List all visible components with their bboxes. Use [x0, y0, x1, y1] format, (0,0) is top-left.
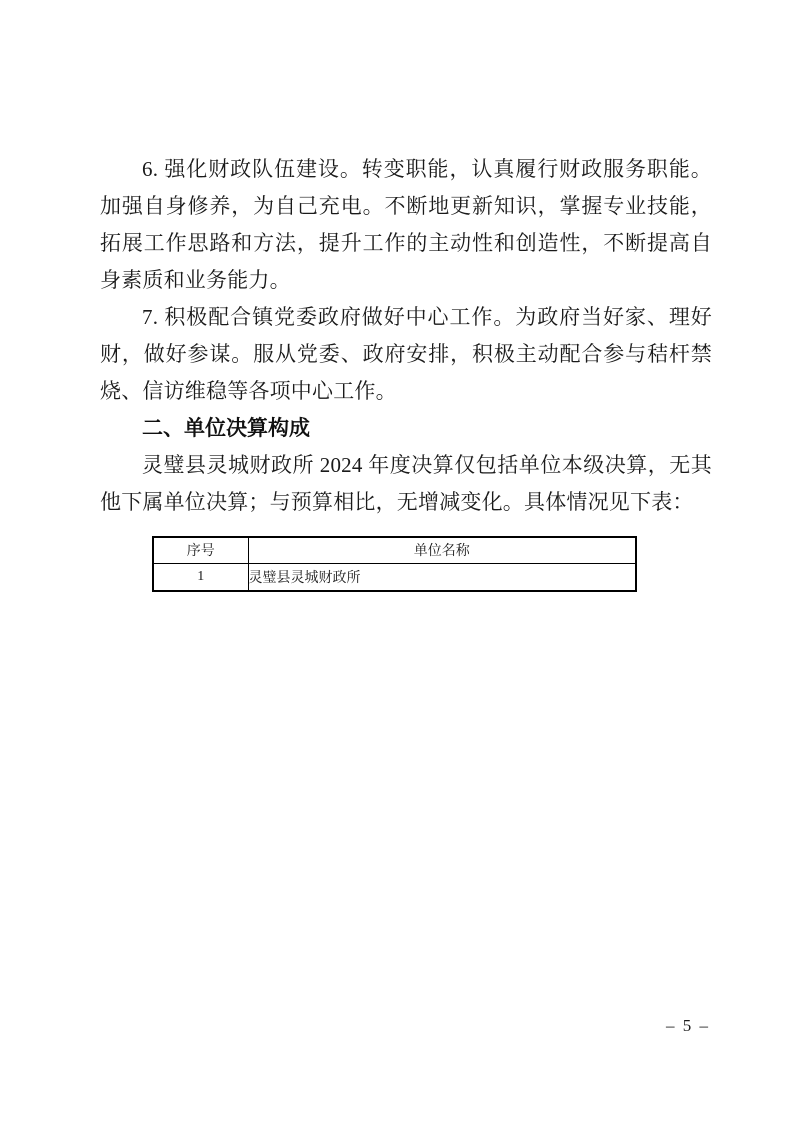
table-header-unit-name: 单位名称	[248, 537, 636, 563]
table-header-seq: 序号	[153, 537, 248, 563]
page-number: – 5 –	[666, 1014, 710, 1038]
paragraph-item-7: 7. 积极配合镇党委政府做好中心工作。为政府当好家、理好财，做好参谋。服从党委、…	[100, 299, 712, 410]
table-cell-unit-name: 灵璧县灵城财政所	[248, 563, 636, 591]
table-cell-seq: 1	[153, 563, 248, 591]
paragraph-intro: 灵璧县灵城财政所 2024 年度决算仅包括单位本级决算，无其他下属单位决算；与预…	[100, 447, 712, 521]
unit-table: 序号 单位名称 1 灵璧县灵城财政所	[152, 536, 637, 592]
table-row: 1 灵璧县灵城财政所	[153, 563, 636, 591]
document-page: 6. 强化财政队伍建设。转变职能，认真履行财政服务职能。加强自身修养，为自己充电…	[0, 0, 793, 1122]
unit-table-container: 序号 单位名称 1 灵璧县灵城财政所	[152, 536, 637, 592]
document-body: 6. 强化财政队伍建设。转变职能，认真履行财政服务职能。加强自身修养，为自己充电…	[100, 151, 712, 592]
paragraph-item-6: 6. 强化财政队伍建设。转变职能，认真履行财政服务职能。加强自身修养，为自己充电…	[100, 151, 712, 299]
section-heading-unit-composition: 二、单位决算构成	[100, 410, 712, 447]
table-header-row: 序号 单位名称	[153, 537, 636, 563]
